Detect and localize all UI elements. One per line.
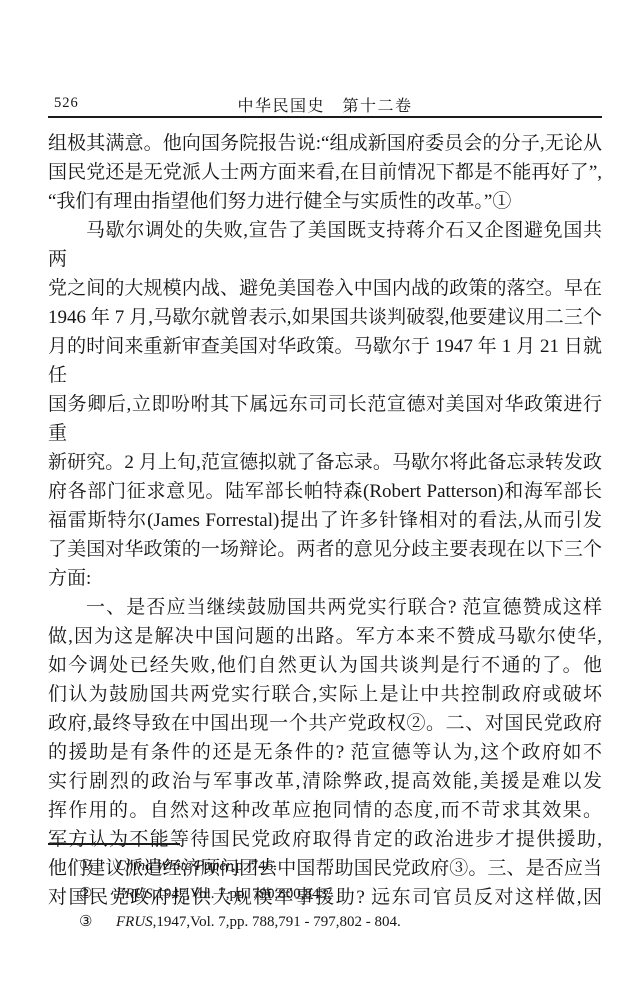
body-line: 做,因为这是解决中国问题的出路。军方本来不赞成马歇尔使华,: [48, 622, 602, 651]
footnote-source-title: FRUS: [116, 886, 153, 902]
body-line: 1946 年 7 月,马歇尔就曾表示,如果国共谈判破裂,他要建议用二三个: [48, 303, 602, 332]
footnote-item: ② FRUS,1947,Vol. 7,pp. 790,800,843.: [79, 880, 599, 908]
body-line: 了美国对华政策的一场辩论。两者的意见分歧主要表现在以下三个: [48, 535, 602, 564]
body-line: 如今调处已经失败,他们自然更认为国共谈判是行不通的了。他: [48, 651, 602, 680]
footnote-marker: ①: [79, 852, 116, 880]
body-line: 府各部门征求意见。陆军部长帕特森(Robert Patterson)和海军部长: [48, 477, 602, 506]
page-header: 526 中华民国史 第十二卷: [48, 93, 602, 113]
body-line: “我们有理由指望他们努力进行健全与实质性的改革。”①: [48, 187, 602, 216]
body-line: 挥作用的。自然对这种改革应抱同情的态度,而不苛求其效果。: [48, 796, 602, 825]
footnote-text: FRUS,1947,Vol. 7,pp. 790,800,843.: [116, 880, 331, 908]
running-head-title: 中华民国史 第十二卷: [48, 93, 602, 116]
body-line: 组极其满意。他向国务院报告说:“组成新国府委员会的分子,无论从: [48, 129, 602, 158]
footnote-pages: ,p. 746.: [232, 858, 277, 874]
body-line: 新研究。2 月上旬,范宣德拟就了备忘录。马歇尔将此备忘录转发政: [48, 448, 602, 477]
body-line: 福雷斯特尔(James Forrestal)提出了许多针锋相对的看法,从而引发: [48, 506, 602, 535]
body-line: 党之间的大规模内战、避免美国卷入中国内战的政策的落空。早在: [48, 274, 602, 303]
body-line: 月的时间来重新审查美国对华政策。马歇尔于 1947 年 1 月 21 日就任: [48, 332, 602, 390]
body-line: 一、是否应当继续鼓励国共两党实行联合? 范宣德赞成这样: [48, 593, 602, 622]
footnote-separator: [48, 843, 180, 845]
body-line: 方面:: [48, 564, 602, 593]
body-line: 政府,最终导致在中国出现一个共产党政权②。二、对国民党政府: [48, 709, 602, 738]
footnote-pages: ,1947,Vol. 7,pp. 788,791 - 797,802 - 804…: [153, 914, 401, 930]
body-line: 实行剧烈的政治与军事改革,清除弊政,提高效能,美援是难以发: [48, 767, 602, 796]
body-line: 军方认为不能等待国民党政府取得肯定的政治进步才提供援助,: [48, 825, 602, 854]
header-rule: [48, 116, 602, 118]
footnote-text: China White Paper,p. 746.: [116, 852, 277, 880]
body-line: 国务卿后,立即吩咐其下属远东司司长范宣德对美国对华政策进行重: [48, 390, 602, 448]
body-line: 的援助是有条件的还是无条件的? 范宣德等认为,这个政府如不: [48, 738, 602, 767]
footnote-source-title: China White Paper: [116, 858, 232, 874]
body-text: 组极其满意。他向国务院报告说:“组成新国府委员会的分子,无论从 国民党还是无党派…: [48, 129, 602, 912]
body-line: 们认为鼓励国共两党实行联合,实际上是让中共控制政府或破坏: [48, 680, 602, 709]
book-page: 526 中华民国史 第十二卷 组极其满意。他向国务院报告说:“组成新国府委员会的…: [0, 0, 644, 1000]
footnote-marker: ③: [79, 908, 116, 936]
body-line: 马歇尔调处的失败,宣告了美国既支持蒋介石又企图避免国共两: [48, 216, 602, 274]
footnote-text: FRUS,1947,Vol. 7,pp. 788,791 - 797,802 -…: [116, 908, 401, 936]
footnote-source-title: FRUS: [116, 914, 153, 930]
footnote-item: ① China White Paper,p. 746.: [79, 852, 599, 880]
footnotes: ① China White Paper,p. 746. ② FRUS,1947,…: [79, 852, 599, 936]
footnote-item: ③ FRUS,1947,Vol. 7,pp. 788,791 - 797,802…: [79, 908, 599, 936]
footnote-marker: ②: [79, 880, 116, 908]
footnote-pages: ,1947,Vol. 7,pp. 790,800,843.: [153, 886, 331, 902]
body-line: 国民党还是无党派人士两方面来看,在目前情况下都是不能再好了”,: [48, 158, 602, 187]
